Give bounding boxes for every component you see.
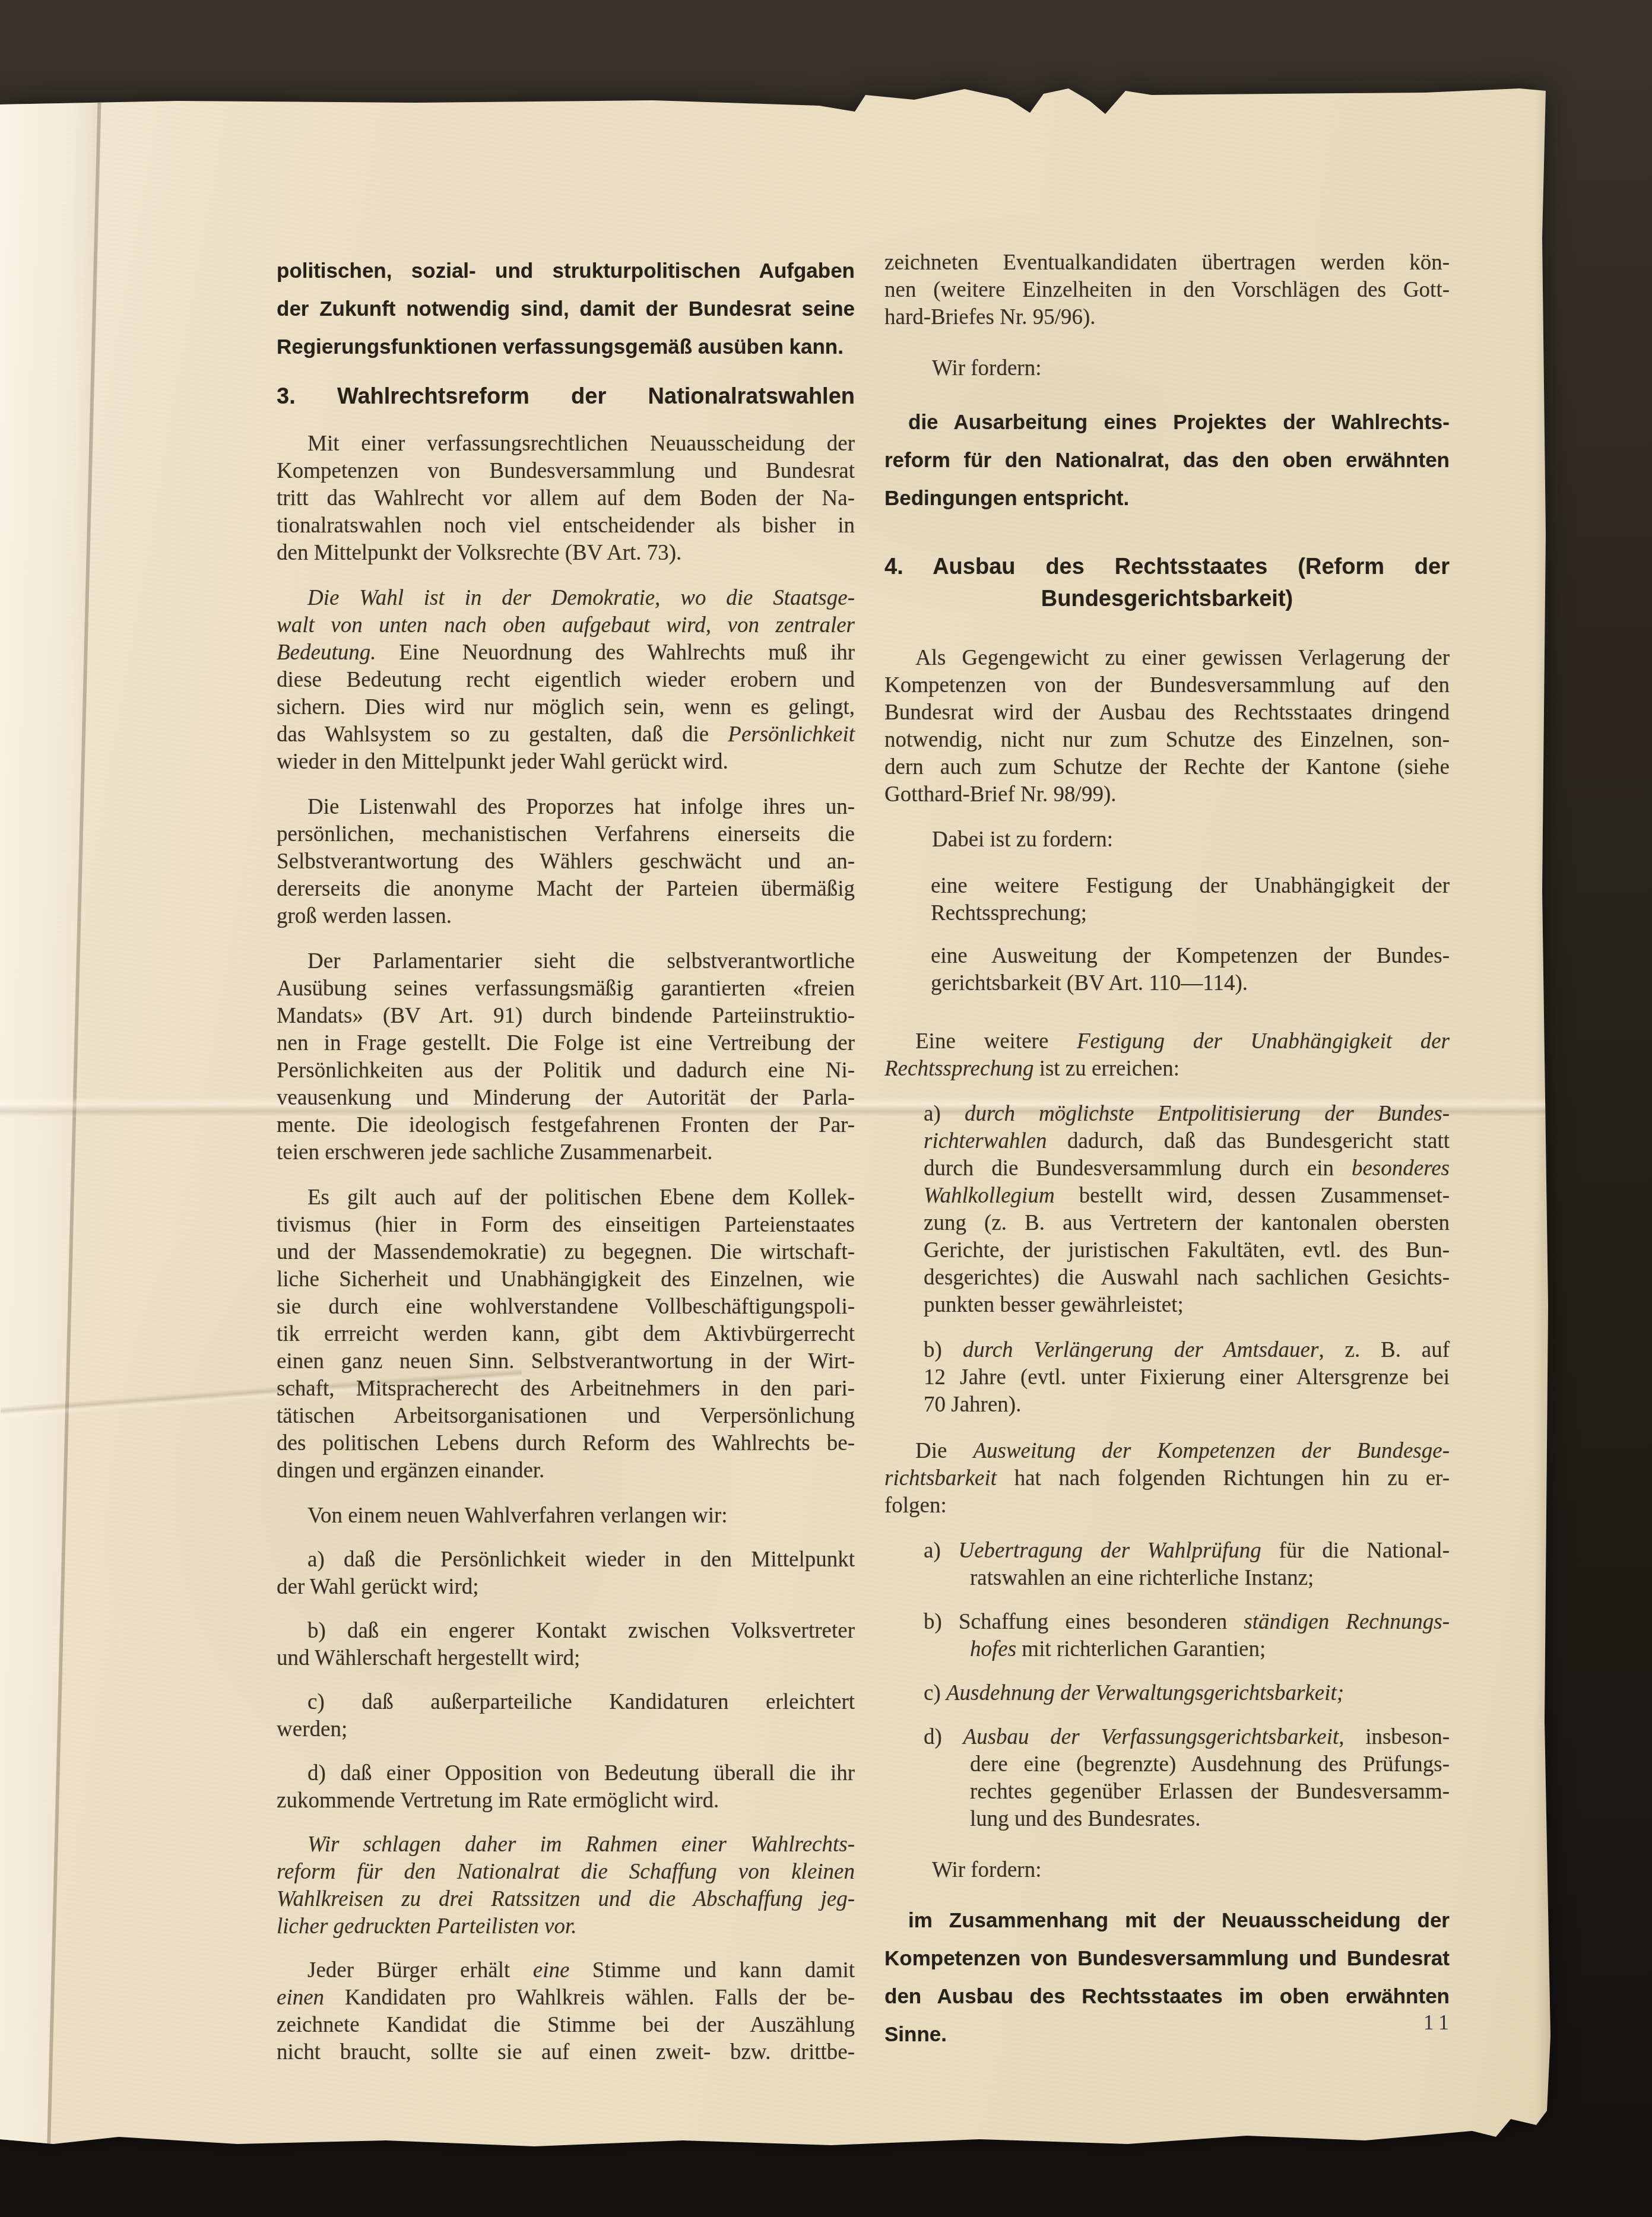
text-line: wieder in den Mittelpunkt jeder Wahl ger… (277, 748, 855, 776)
text-line: einen ganz neuen Sinn. Selbstverantwortu… (277, 1348, 855, 1375)
text-line: Wahlkreisen zu drei Ratssitzen und die A… (277, 1886, 855, 1913)
hang-item-b: b) Schaffung eines besonderen ständigen … (884, 1609, 1450, 1663)
text-line: Wir fordern: (884, 1857, 1450, 1884)
text-line: richterwahlen dadurch, daß das Bundesger… (924, 1128, 1450, 1155)
text-line: dern auch zum Schutze der Rechte der Kan… (884, 754, 1450, 781)
text-line: Bundesrat wird der Ausbau des Rechtsstaa… (884, 699, 1450, 727)
text-line: b) daß ein engerer Kontakt zwischen Volk… (277, 1617, 855, 1645)
right-text-column: zeichneten Eventualkandidaten übertragen… (884, 0, 1450, 2054)
text-line: und Wählerschaft hergestellt wird; (277, 1645, 855, 1672)
text-line: notwendig, nicht nur zum Schutze des Ein… (884, 727, 1450, 754)
list-item-c: c) daß außerparteiliche Kandidaturen erl… (277, 1689, 855, 1743)
text-line: desgerichtes) die Auswahl nach sachliche… (924, 1264, 1450, 1292)
text-line: Die Ausweitung der Kompetenzen der Bunde… (884, 1438, 1450, 1465)
text-line: diese Bedeutung recht eigentlich wieder … (277, 667, 855, 694)
text-line: lung und des Bundesrates. (924, 1806, 1450, 1833)
text-line: punkten besser gewährleistet; (924, 1292, 1450, 1319)
scanned-document-photo: { "page": { "number": "11", "language": … (0, 0, 1652, 2217)
hang-item-a: a) Uebertragung der Wahlprüfung für die … (884, 1537, 1450, 1592)
paragraph-continues-next-column: Jeder Bürger erhält eine Stimme und kann… (277, 1957, 855, 2066)
paragraph-continuation: zeichneten Eventualkandidaten übertragen… (884, 249, 1450, 331)
paragraph: Die Ausweitung der Kompetenzen der Bunde… (884, 1438, 1450, 1520)
paragraph: Die Wahl ist in der Demokratie, wo die S… (277, 585, 855, 776)
text-line: der Zukunft notwendig sind, damit der Bu… (277, 290, 855, 328)
text-line: den Ausbau des Rechtsstaates im oben erw… (884, 1978, 1450, 2016)
text-line: Rechtssprechung ist zu erreichen: (884, 1055, 1450, 1083)
text-line: nen (weitere Einzelheiten in den Vorschl… (884, 277, 1450, 304)
text-line: 3. Wahlrechtsreform der Nationalratswahl… (277, 380, 855, 413)
text-line: reform für den Nationalrat, das den oben… (884, 442, 1450, 480)
text-line: Wahlkollegium bestellt wird, dessen Zusa… (924, 1182, 1450, 1210)
text-line: licher gedruckten Parteilisten vor. (277, 1913, 855, 1940)
text-line: zeichnete Kandidat die Stimme bei der Au… (277, 2012, 855, 2039)
text-line: dererseits die anonyme Macht der Parteie… (277, 876, 855, 903)
text-line: Bundesgerichtsbarkeit) (884, 583, 1450, 615)
text-line: im Zusammenhang mit der Neuausscheidung … (884, 1902, 1450, 1940)
section-heading-3: 3. Wahlrechtsreform der Nationalratswahl… (277, 380, 855, 413)
list-item-d: d) daß einer Opposition von Bedeutung üb… (277, 1760, 855, 1815)
paragraph: Als Gegengewicht zu einer gewissen Verla… (884, 645, 1450, 808)
text-line: schaft, Mitspracherecht des Arbeitnehmer… (277, 1375, 855, 1403)
text-line: zeichneten Eventualkandidaten übertragen… (884, 249, 1450, 277)
text-line: veausenkung und Minderung der Autorität … (277, 1084, 855, 1112)
vertical-fold-crease (0, 0, 131, 2217)
text-line: sie durch eine wohlverstandene Vollbesch… (277, 1293, 855, 1321)
text-line: einen Kandidaten pro Wahlkreis wählen. F… (277, 1984, 855, 2012)
text-line: gerichtsbarkeit (BV Art. 110—114). (931, 970, 1450, 997)
text-line: zukommende Vertretung im Rate ermöglicht… (277, 1787, 855, 1815)
text-line: Dabei ist zu fordern: (884, 826, 1450, 854)
list-item-b: b) daß ein engerer Kontakt zwischen Volk… (277, 1617, 855, 1672)
text-line: tionalratswahlen noch viel entscheidende… (277, 512, 855, 540)
text-line: rechtes gegenüber Erlassen der Bundesver… (924, 1778, 1450, 1806)
inset-demand: eine Ausweitung der Kompetenzen der Bund… (884, 943, 1450, 997)
text-line: nicht braucht, sollte sie auf einen zwei… (277, 2039, 855, 2066)
text-line: werden; (277, 1716, 855, 1743)
bold-demand-paragraph: die Ausarbeitung eines Projektes der Wah… (884, 404, 1450, 518)
text-line: und der Massendemokratie) zu begegnen. D… (277, 1239, 855, 1266)
text-line: Es gilt auch auf der politischen Ebene d… (277, 1184, 855, 1211)
text-line: reform für den Nationalrat die Schaffung… (277, 1858, 855, 1886)
sub-item-b: b) durch Verlängerung der Amtsdauer, z. … (884, 1337, 1450, 1419)
text-line: Wir fordern: (884, 355, 1450, 382)
text-line: groß werden lassen. (277, 903, 855, 930)
text-line: d) Ausbau der Verfassungsgerichtsbarkeit… (924, 1724, 1450, 1751)
text-line: hofes mit richterlichen Garantien; (924, 1636, 1450, 1663)
text-line: sichern. Dies wird nur möglich sein, wen… (277, 694, 855, 721)
text-line: richtsbarkeit hat nach folgenden Richtun… (884, 1465, 1450, 1492)
text-line: Mit einer verfassungsrechtlichen Neuauss… (277, 430, 855, 458)
text-line: persönlichen, mechanistischen Verfahrens… (277, 821, 855, 848)
text-line: Kompetenzen von Bundesversammlung und Bu… (884, 1940, 1450, 1978)
inset-demand: eine weitere Festigung der Unabhängigkei… (884, 873, 1450, 927)
hang-item-d: d) Ausbau der Verfassungsgerichtsbarkeit… (884, 1724, 1450, 1833)
demand-lead-line: Wir fordern: (884, 1857, 1450, 1884)
text-line: ratswahlen an eine richterliche Instanz; (924, 1565, 1450, 1592)
lead-line: Von einem neuen Wahlverfahren verlangen … (277, 1502, 855, 1530)
text-line: Von einem neuen Wahlverfahren verlangen … (277, 1502, 855, 1530)
text-line: Kompetenzen von der Bundesversammlung au… (884, 672, 1450, 699)
text-line: Jeder Bürger erhält eine Stimme und kann… (277, 1957, 855, 1984)
text-line: des politischen Lebens durch Reform des … (277, 1430, 855, 1457)
text-line: Mandats» (BV Art. 91) durch bindende Par… (277, 1003, 855, 1030)
text-line: Sinne. (884, 2016, 1450, 2054)
lead-line: Dabei ist zu fordern: (884, 826, 1450, 854)
bold-demand-paragraph: im Zusammenhang mit der Neuausscheidung … (884, 1902, 1450, 2054)
text-line: politischen, sozial- und strukturpolitis… (277, 252, 855, 290)
text-line: eine weitere Festigung der Unabhängigkei… (931, 873, 1450, 900)
text-line: Gotthard-Brief Nr. 98/99). (884, 781, 1450, 808)
paragraph: Die Listenwahl des Proporzes hat infolge… (277, 794, 855, 930)
text-line: a) Uebertragung der Wahlprüfung für die … (924, 1537, 1450, 1565)
text-line: nen in Frage gestellt. Die Folge ist ein… (277, 1030, 855, 1057)
text-line: den Mittelpunkt der Volksrechte (BV Art.… (277, 540, 855, 567)
text-line: c) daß außerparteiliche Kandidaturen erl… (277, 1689, 855, 1716)
text-line: Eine weitere Festigung der Unabhängigkei… (884, 1028, 1450, 1055)
text-line: Wir schlagen daher im Rahmen einer Wahlr… (277, 1831, 855, 1858)
text-line: Der Parlamentarier sieht die selbstveran… (277, 948, 855, 975)
paragraph: Eine weitere Festigung der Unabhängigkei… (884, 1028, 1450, 1083)
text-line: 70 Jahren). (924, 1391, 1450, 1419)
text-line: tik errreicht werden kann, gibt dem Akti… (277, 1321, 855, 1348)
demand-lead-line: Wir fordern: (884, 355, 1450, 382)
paper-shadow-wrap: politischen, sozial- und strukturpolitis… (0, 0, 1652, 2217)
text-line: liche Sicherheit und Unabhängigkeit des … (277, 1266, 855, 1293)
left-fold-highlight (0, 0, 131, 2217)
sub-item-a: a) durch möglichste Entpolitisierung der… (884, 1100, 1450, 1319)
text-line: Als Gegengewicht zu einer gewissen Verla… (884, 645, 1450, 672)
text-line: der Wahl gerückt wird; (277, 1574, 855, 1601)
text-line: Rechtssprechung; (931, 900, 1450, 927)
text-line: Bedeutung. Eine Neuordnung des Wahlrecht… (277, 639, 855, 667)
paragraph: Der Parlamentarier sieht die selbstveran… (277, 948, 855, 1166)
text-line: hard-Briefes Nr. 95/96). (884, 304, 1450, 331)
text-line: b) durch Verlängerung der Amtsdauer, z. … (924, 1337, 1450, 1364)
text-line: c) Ausdehnung der Verwaltungsgerichtsbar… (924, 1680, 1450, 1707)
text-line: 4. Ausbau des Rechtsstaates (Reform der (884, 551, 1450, 583)
text-line: 12 Jahre (evtl. unter Fixierung einer Al… (924, 1364, 1450, 1391)
text-line: eine Ausweitung der Kompetenzen der Bund… (931, 943, 1450, 970)
paragraph: Mit einer verfassungsrechtlichen Neuauss… (277, 430, 855, 567)
text-line: teien erschweren jede sachliche Zusammen… (277, 1139, 855, 1166)
text-line: d) daß einer Opposition von Bedeutung üb… (277, 1760, 855, 1787)
text-line: Gerichte, der juristischen Fakultäten, e… (924, 1237, 1450, 1264)
text-line: Kompetenzen von Bundesversammlung und Bu… (277, 458, 855, 485)
italic-proposal-paragraph: Wir schlagen daher im Rahmen einer Wahlr… (277, 1831, 855, 1940)
text-line: mente. Die ideologisch festgefahrenen Fr… (277, 1112, 855, 1139)
text-line: durch die Bundesversammlung durch ein be… (924, 1155, 1450, 1182)
left-text-column: politischen, sozial- und strukturpolitis… (277, 0, 855, 2066)
text-line: Selbstverantwortung des Wählers geschwäc… (277, 848, 855, 876)
text-line: Bedingungen entspricht. (884, 480, 1450, 518)
paragraph: Es gilt auch auf der politischen Ebene d… (277, 1184, 855, 1485)
list-item-a: a) daß die Persönlichkeit wieder in den … (277, 1546, 855, 1601)
text-line: Die Listenwahl des Proporzes hat infolge… (277, 794, 855, 821)
text-line: Ausübung seines verfassungsmäßig garanti… (277, 975, 855, 1003)
hang-item-c: c) Ausdehnung der Verwaltungsgerichtsbar… (884, 1680, 1450, 1707)
bold-carryover-paragraph: politischen, sozial- und strukturpolitis… (277, 252, 855, 366)
text-line: die Ausarbeitung eines Projektes der Wah… (884, 404, 1450, 442)
text-line: walt von unten nach oben aufgebaut wird,… (277, 612, 855, 639)
text-line: dingen und ergänzen einander. (277, 1457, 855, 1485)
text-line: folgen: (884, 1492, 1450, 1520)
text-line: Regierungsfunktionen verfassungsgemäß au… (277, 328, 855, 366)
text-line: tätischen Arbeitsorganisationen und Verp… (277, 1403, 855, 1430)
text-line: a) durch möglichste Entpolitisierung der… (924, 1100, 1450, 1128)
text-line: Die Wahl ist in der Demokratie, wo die S… (277, 585, 855, 612)
document-page: politischen, sozial- und strukturpolitis… (0, 0, 1555, 2217)
text-line: zung (z. B. aus Vertretern der kantonale… (924, 1210, 1450, 1237)
text-line: das Wahlsystem so zu gestalten, daß die … (277, 721, 855, 748)
text-line: tivismus (hier in Form des einseitigen P… (277, 1211, 855, 1239)
text-line: b) Schaffung eines besonderen ständigen … (924, 1609, 1450, 1636)
text-line: tritt das Wahlrecht vor allem auf dem Bo… (277, 485, 855, 512)
text-line: Persönlichkeiten aus der Politik und dad… (277, 1057, 855, 1084)
text-line: dere eine (begrenzte) Ausdehnung des Prü… (924, 1751, 1450, 1778)
section-heading-4: 4. Ausbau des Rechtsstaates (Reform derB… (884, 551, 1450, 615)
text-line: a) daß die Persönlichkeit wieder in den … (277, 1546, 855, 1574)
page-number: 11 (1423, 2011, 1454, 2035)
